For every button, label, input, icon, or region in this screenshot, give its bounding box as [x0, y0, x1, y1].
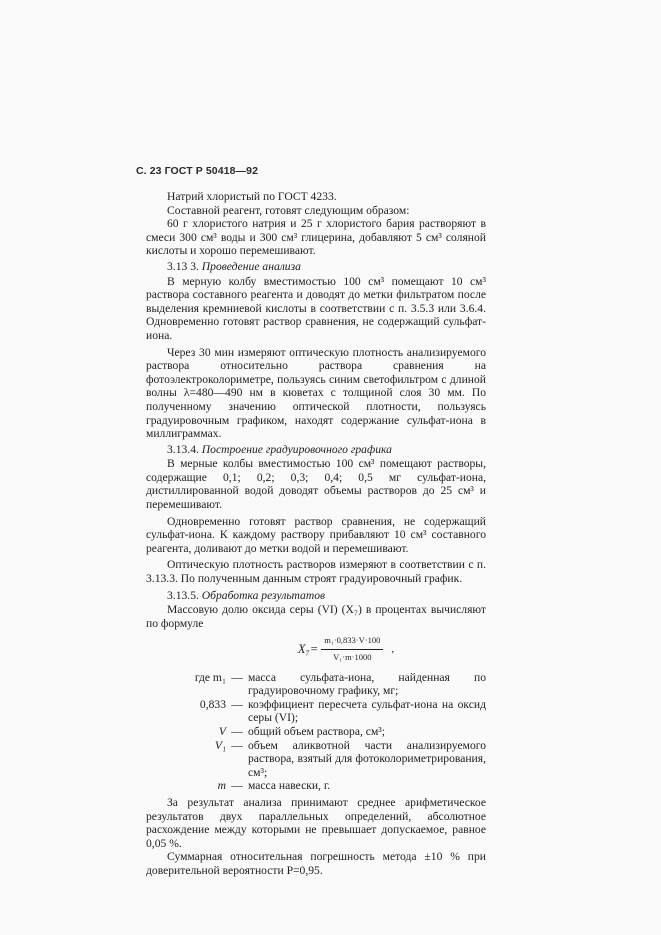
- running-header: С. 23 ГОСТ Р 50418—92: [136, 165, 258, 177]
- legend-description: масса навески, г.: [248, 779, 486, 793]
- section-heading-3-13-4: 3.13.4. Построение градуировочного графи…: [146, 443, 486, 457]
- paragraph: Одновременно готовят раствор сравнения, …: [146, 515, 486, 556]
- paragraph: Массовую долю оксида серы (VI) (X₇) в пр…: [146, 603, 486, 630]
- formula: X₇= m₁·0,833·V·100 V₁·m·1000 ,: [206, 634, 486, 664]
- formula-trail: ,: [391, 643, 394, 657]
- legend-symbol: где m₁: [146, 671, 226, 698]
- legend-description: коэффициент пересчета сульфат-иона на ок…: [248, 698, 486, 725]
- legend-row: 0,833 — коэффициент пересчета сульфат-ио…: [146, 698, 486, 725]
- document-body: Натрий хлористый по ГОСТ 4233. Составной…: [146, 190, 486, 878]
- legend-dash: —: [226, 779, 248, 793]
- legend-row: V₁ — объем аликвотной части анализируемо…: [146, 739, 486, 780]
- legend-row: V — общий объем раствора, см³;: [146, 725, 486, 739]
- section-heading-3-13-3: 3.13 3. Проведение анализа: [146, 260, 486, 274]
- section-number: 3.13.5.: [167, 589, 199, 602]
- formula-numerator: m₁·0,833·V·100: [321, 634, 383, 650]
- section-number: 3.13.4.: [167, 443, 199, 456]
- paragraph: 60 г хлористого натрия и 25 г хлористого…: [146, 217, 486, 258]
- legend-dash: —: [226, 725, 248, 739]
- legend-symbol: 0,833: [146, 698, 226, 725]
- formula-lhs: X₇=: [298, 643, 318, 657]
- formula-fraction: m₁·0,833·V·100 V₁·m·1000: [321, 634, 383, 664]
- legend-row: m — масса навески, г.: [146, 779, 486, 793]
- paragraph: Через 30 мин измеряют оптическую плотнос…: [146, 346, 486, 441]
- paragraph: Суммарная относительная погрешность мето…: [146, 850, 486, 877]
- legend-symbol: m: [146, 779, 226, 793]
- legend-dash: —: [226, 739, 248, 780]
- legend-description: масса сульфата-иона, найденная по градуи…: [248, 671, 486, 698]
- section-title: Проведение анализа: [202, 260, 301, 273]
- variable-legend: где m₁ — масса сульфата-иона, найденная …: [146, 671, 486, 793]
- section-heading-3-13-5: 3.13.5. Обработка результатов: [146, 589, 486, 603]
- legend-description: общий объем раствора, см³;: [248, 725, 486, 739]
- paragraph: Натрий хлористый по ГОСТ 4233.: [146, 190, 486, 204]
- paragraph: В мерную колбу вместимостью 100 см³ поме…: [146, 275, 486, 343]
- legend-description: объем аликвотной части анализируемого ра…: [248, 739, 486, 780]
- legend-symbol: V₁: [146, 739, 226, 780]
- paragraph: Оптическую плотность растворов измеряют …: [146, 558, 486, 585]
- section-title: Построение градуировочного графика: [202, 443, 392, 456]
- paragraph: В мерные колбы вместимостью 100 см³ поме…: [146, 457, 486, 511]
- legend-symbol: V: [146, 725, 226, 739]
- section-number: 3.13 3.: [167, 260, 199, 273]
- section-title: Обработка результатов: [202, 589, 325, 602]
- formula-denominator: V₁·m·1000: [333, 650, 371, 665]
- paragraph: Составной реагент, готовят следующим обр…: [146, 204, 486, 218]
- legend-dash: —: [226, 698, 248, 725]
- legend-row: где m₁ — масса сульфата-иона, найденная …: [146, 671, 486, 698]
- legend-dash: —: [226, 671, 248, 698]
- paragraph: За результат анализа принимают среднее а…: [146, 796, 486, 850]
